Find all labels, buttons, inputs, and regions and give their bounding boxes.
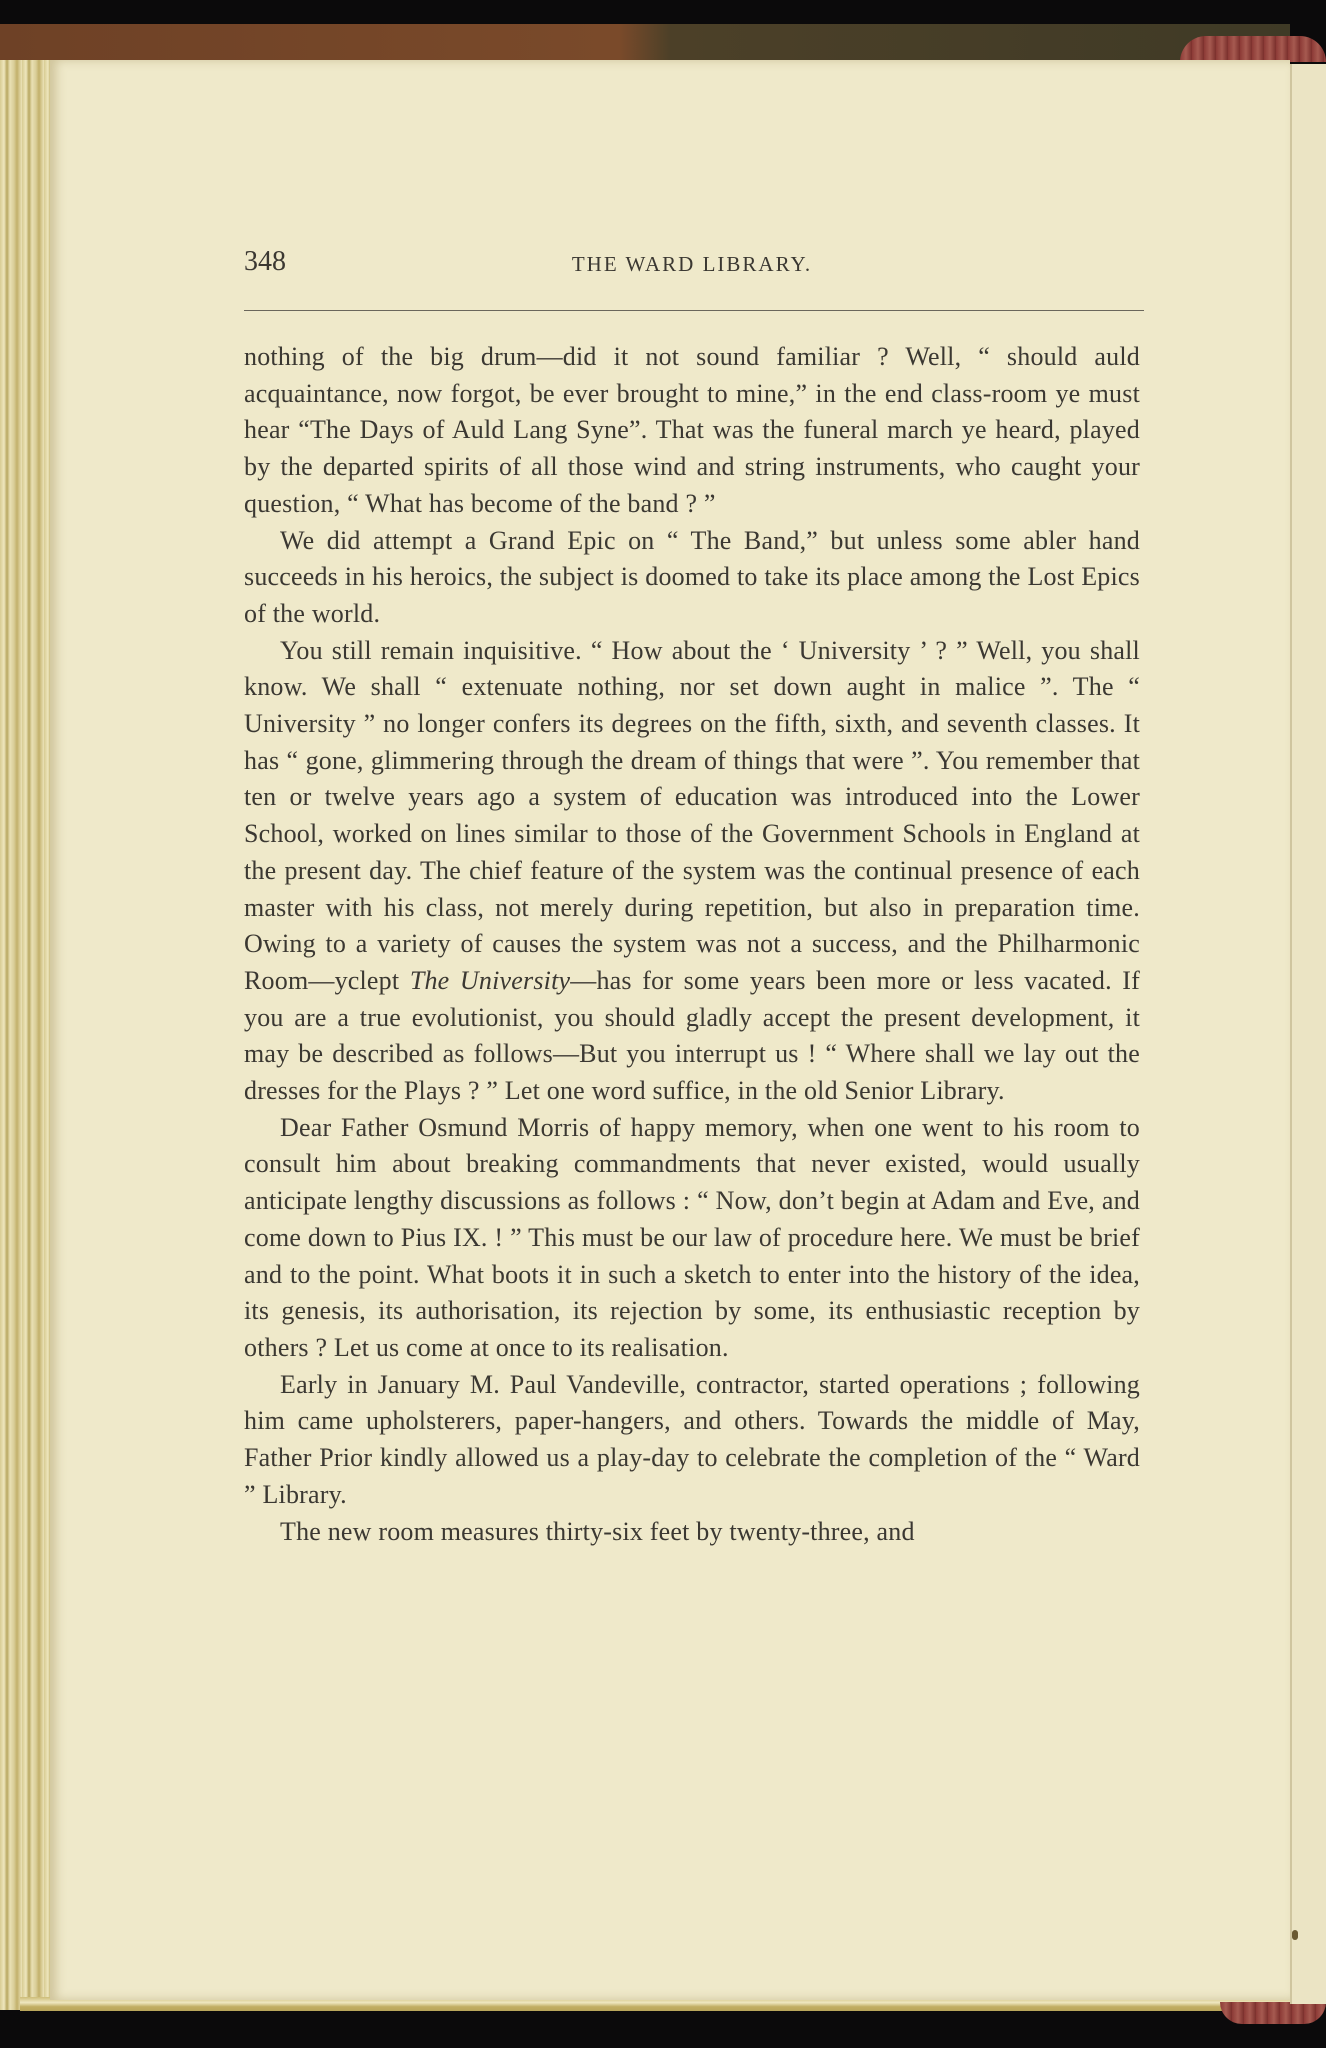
paragraph-3: You still remain inquisitive. “ How abou… — [244, 633, 1140, 1110]
headband-top — [1180, 36, 1326, 62]
running-head: 348 THE WARD LIBRARY. — [244, 246, 1140, 286]
paragraph-5: Early in January M. Paul Vandeville, con… — [244, 1367, 1140, 1514]
facing-page-edge — [1290, 64, 1326, 2004]
headband-bottom — [1220, 2002, 1326, 2024]
header-rule — [244, 310, 1144, 311]
page-text-block: 348 THE WARD LIBRARY. nothing of the big… — [244, 246, 1140, 1550]
paragraph-6: The new room measures thirty-six feet by… — [244, 1514, 1140, 1551]
book-scan: 348 THE WARD LIBRARY. nothing of the big… — [0, 0, 1326, 2048]
running-title: THE WARD LIBRARY. — [244, 252, 1140, 277]
paper-tear — [1292, 1930, 1298, 1940]
paragraph-3-part-1: You still remain inquisitive. “ How abou… — [244, 636, 1140, 995]
body-text: nothing of the big drum—did it not sound… — [244, 339, 1140, 1550]
book-cover-top-edge — [0, 24, 1290, 60]
paragraph-1: nothing of the big drum—did it not sound… — [244, 339, 1140, 523]
paragraph-4: Dear Father Osmund Morris of happy memor… — [244, 1110, 1140, 1367]
paragraph-2: We did attempt a Grand Epic on “ The Ban… — [244, 523, 1140, 633]
italic-title-the-university: The University — [410, 966, 570, 995]
